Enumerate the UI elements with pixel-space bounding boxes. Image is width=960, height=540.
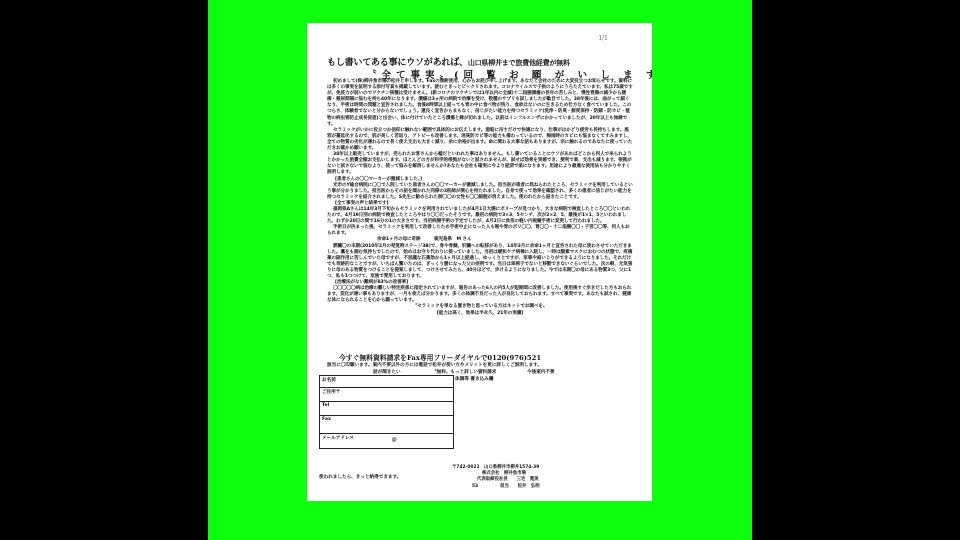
free-dial-instructions: 該当に〇印願います。案内不要以外の方には電話で松井が使い方やメリットを更に詳しく… [327, 362, 637, 368]
at-mark: ＠ [392, 437, 397, 443]
paragraph: 〇〇〇〇〇病は治療の難しい特定疾患に指定されていますが、報告のあった6人の内5人… [327, 286, 633, 304]
name-field[interactable]: お名前 [320, 376, 453, 388]
headline-small: 山口県柳井まで旅費他経費が無料 [468, 58, 570, 67]
paragraph: [能力は高く、効果は半永久、21年の実績] [327, 311, 633, 317]
fax-document-page: 1/1 もし書いてある事にウソがあれば、山口県柳井まで旅費他経費が無料 〝全て事… [307, 23, 652, 501]
option-no-more-info[interactable]: 今後案内不要 [527, 369, 555, 375]
address-field[interactable]: ご住所〒 [320, 388, 453, 402]
email-field[interactable]: メールアドレス＠ [320, 434, 453, 448]
contact-form: お名前 ご住所〒 Tel Fax メールアドレス＠ [319, 375, 454, 449]
closing-note: 使われましたら、きっと納得できます。 [319, 474, 401, 480]
health-notes-label: 体調等 書き込み欄 [455, 376, 493, 382]
company-address: 〒742-0021 山口県柳井市柳井1574-39 株式会社 柳井魚市場 代表取… [452, 465, 540, 490]
paragraph: 手術日が決まった後、セラミックを利用して改善したため手術中止になった人も喉や胃の… [327, 225, 633, 237]
free-dial-headline: 今すぐ無料資料請求をFax専用フリーダイヤルで0120(976)521 [327, 352, 645, 362]
paragraph: 膵臓〇の末期(2010年2月の発覚時ステージ3B)で、骨や骨髄、肝臓への転移があ… [327, 244, 633, 281]
page-number: 1/1 [598, 35, 608, 42]
paragraph: 初めまして(株)柳井魚市場の松井と申します。Faxの無断使用、心からお詫び申し上… [327, 79, 633, 128]
paragraph: 38年以上販売していますが、売られたお客さんから嘘だといわれた事はありません。も… [327, 152, 633, 176]
fax-field[interactable]: Fax [320, 416, 453, 434]
paragraph: 光市のY総合病院に〇〇で入院していた患者さんの〇〇マーカーが激減しました。担当医… [327, 183, 633, 201]
paragraph: セラミックがいかに役立つか信仰に触れない範囲で具体的にお伝えします。湯船に吊すだ… [327, 128, 633, 152]
tel-field[interactable]: Tel [320, 402, 453, 416]
paragraph: 福岡県Aさんは14年3月下旬からセラミックを利用されていましたが4月1日大腸にポ… [327, 207, 633, 225]
body-text: 初めまして(株)柳井魚市場の松井と申します。Faxの無断使用、心からお詫び申し上… [327, 79, 633, 317]
